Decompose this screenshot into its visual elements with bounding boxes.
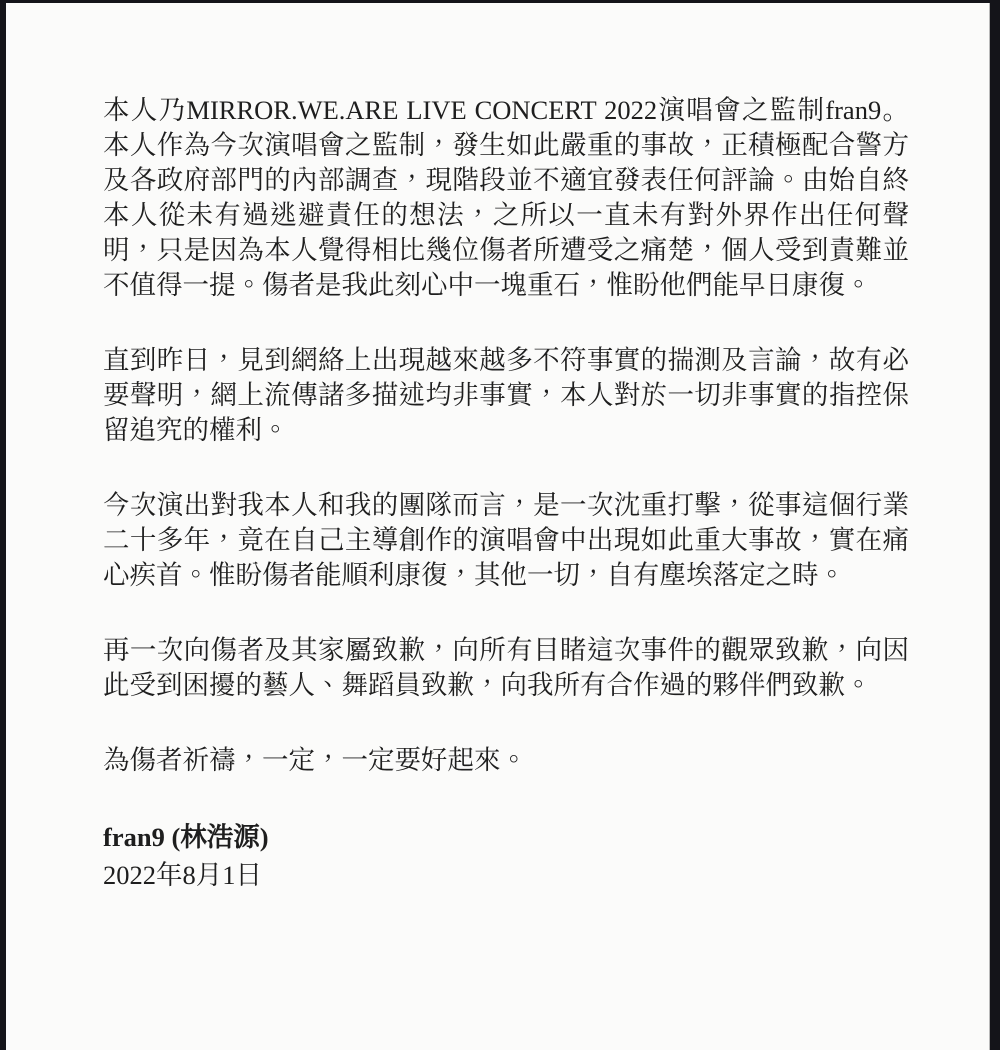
statement-line: 本人從未有過逃避責任的想法，之所以一直未有對外界作出任何聲 [103, 198, 909, 233]
paragraph: 今次演出對我本人和我的團隊而言，是一次沈重打擊，從事這個行業二十多年，竟在自己主… [103, 488, 909, 593]
paragraph-list: 本人乃MIRROR.WE.ARE LIVE CONCERT 2022演唱會之監制… [103, 93, 909, 778]
signature-name: fran9 (林浩源) [103, 818, 909, 856]
statement-line: 今次演出對我本人和我的團隊而言，是一次沈重打擊，從事這個行業 [103, 488, 909, 523]
statement-line: 此受到困擾的藝人、舞蹈員致歉，向我所有合作過的夥伴們致歉。 [103, 668, 909, 703]
statement-line: 二十多年，竟在自己主導創作的演唱會中出現如此重大事故，實在痛 [103, 523, 909, 558]
paragraph: 為傷者祈禱，一定，一定要好起來。 [103, 743, 909, 778]
statement-line: 本人乃MIRROR.WE.ARE LIVE CONCERT 2022演唱會之監制… [103, 93, 909, 128]
statement-page: 本人乃MIRROR.WE.ARE LIVE CONCERT 2022演唱會之監制… [6, 3, 990, 1050]
statement-body: 本人乃MIRROR.WE.ARE LIVE CONCERT 2022演唱會之監制… [103, 93, 909, 894]
statement-line: 再一次向傷者及其家屬致歉，向所有目睹這次事件的觀眾致歉，向因 [103, 633, 909, 668]
statement-line: 為傷者祈禱，一定，一定要好起來。 [103, 743, 909, 778]
signature-block: fran9 (林浩源) 2022年8月1日 [103, 818, 909, 894]
paragraph: 本人乃MIRROR.WE.ARE LIVE CONCERT 2022演唱會之監制… [103, 93, 909, 303]
statement-line: 不值得一提。傷者是我此刻心中一塊重石，惟盼他們能早日康復。 [103, 268, 909, 303]
paragraph: 直到昨日，見到網絡上出現越來越多不符事實的揣測及言論，故有必要聲明，網上流傳諸多… [103, 343, 909, 448]
statement-line: 本人作為今次演唱會之監制，發生如此嚴重的事故，正積極配合警方 [103, 128, 909, 163]
signature-date: 2022年8月1日 [103, 856, 909, 894]
statement-line: 直到昨日，見到網絡上出現越來越多不符事實的揣測及言論，故有必 [103, 343, 909, 378]
statement-line: 留追究的權利。 [103, 413, 909, 448]
statement-line: 心疾首。惟盼傷者能順利康復，其他一切，自有塵埃落定之時。 [103, 558, 909, 593]
statement-line: 要聲明，網上流傳諸多描述均非事實，本人對於一切非事實的指控保 [103, 378, 909, 413]
paragraph: 再一次向傷者及其家屬致歉，向所有目睹這次事件的觀眾致歉，向因此受到困擾的藝人、舞… [103, 633, 909, 703]
statement-line: 及各政府部門的內部調查，現階段並不適宜發表任何評論。由始自終 [103, 163, 909, 198]
statement-line: 明，只是因為本人覺得相比幾位傷者所遭受之痛楚，個人受到責難並 [103, 233, 909, 268]
